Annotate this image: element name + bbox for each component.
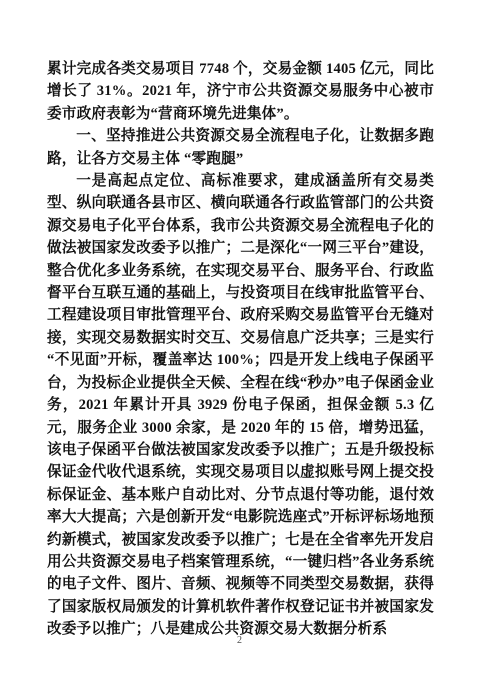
page-number: 2 (0, 634, 479, 648)
paragraph-body: 一是高起点定位、高标准要求，建成涵盖所有交易类型、纵向联通各县市区、横向联通各行… (47, 170, 434, 641)
text-block: 累计完成各类交易项目 7748 个，交易金额 1405 亿元，同比增长了 31%… (47, 58, 434, 641)
document-page: 累计完成各类交易项目 7748 个，交易金额 1405 亿元，同比增长了 31%… (0, 0, 479, 677)
paragraph-continuation: 累计完成各类交易项目 7748 个，交易金额 1405 亿元，同比增长了 31%… (47, 58, 434, 125)
section-heading: 一、坚持推进公共资源交易全流程电子化，让数据多跑路，让各方交易主体 “零跑腿” (47, 125, 434, 170)
